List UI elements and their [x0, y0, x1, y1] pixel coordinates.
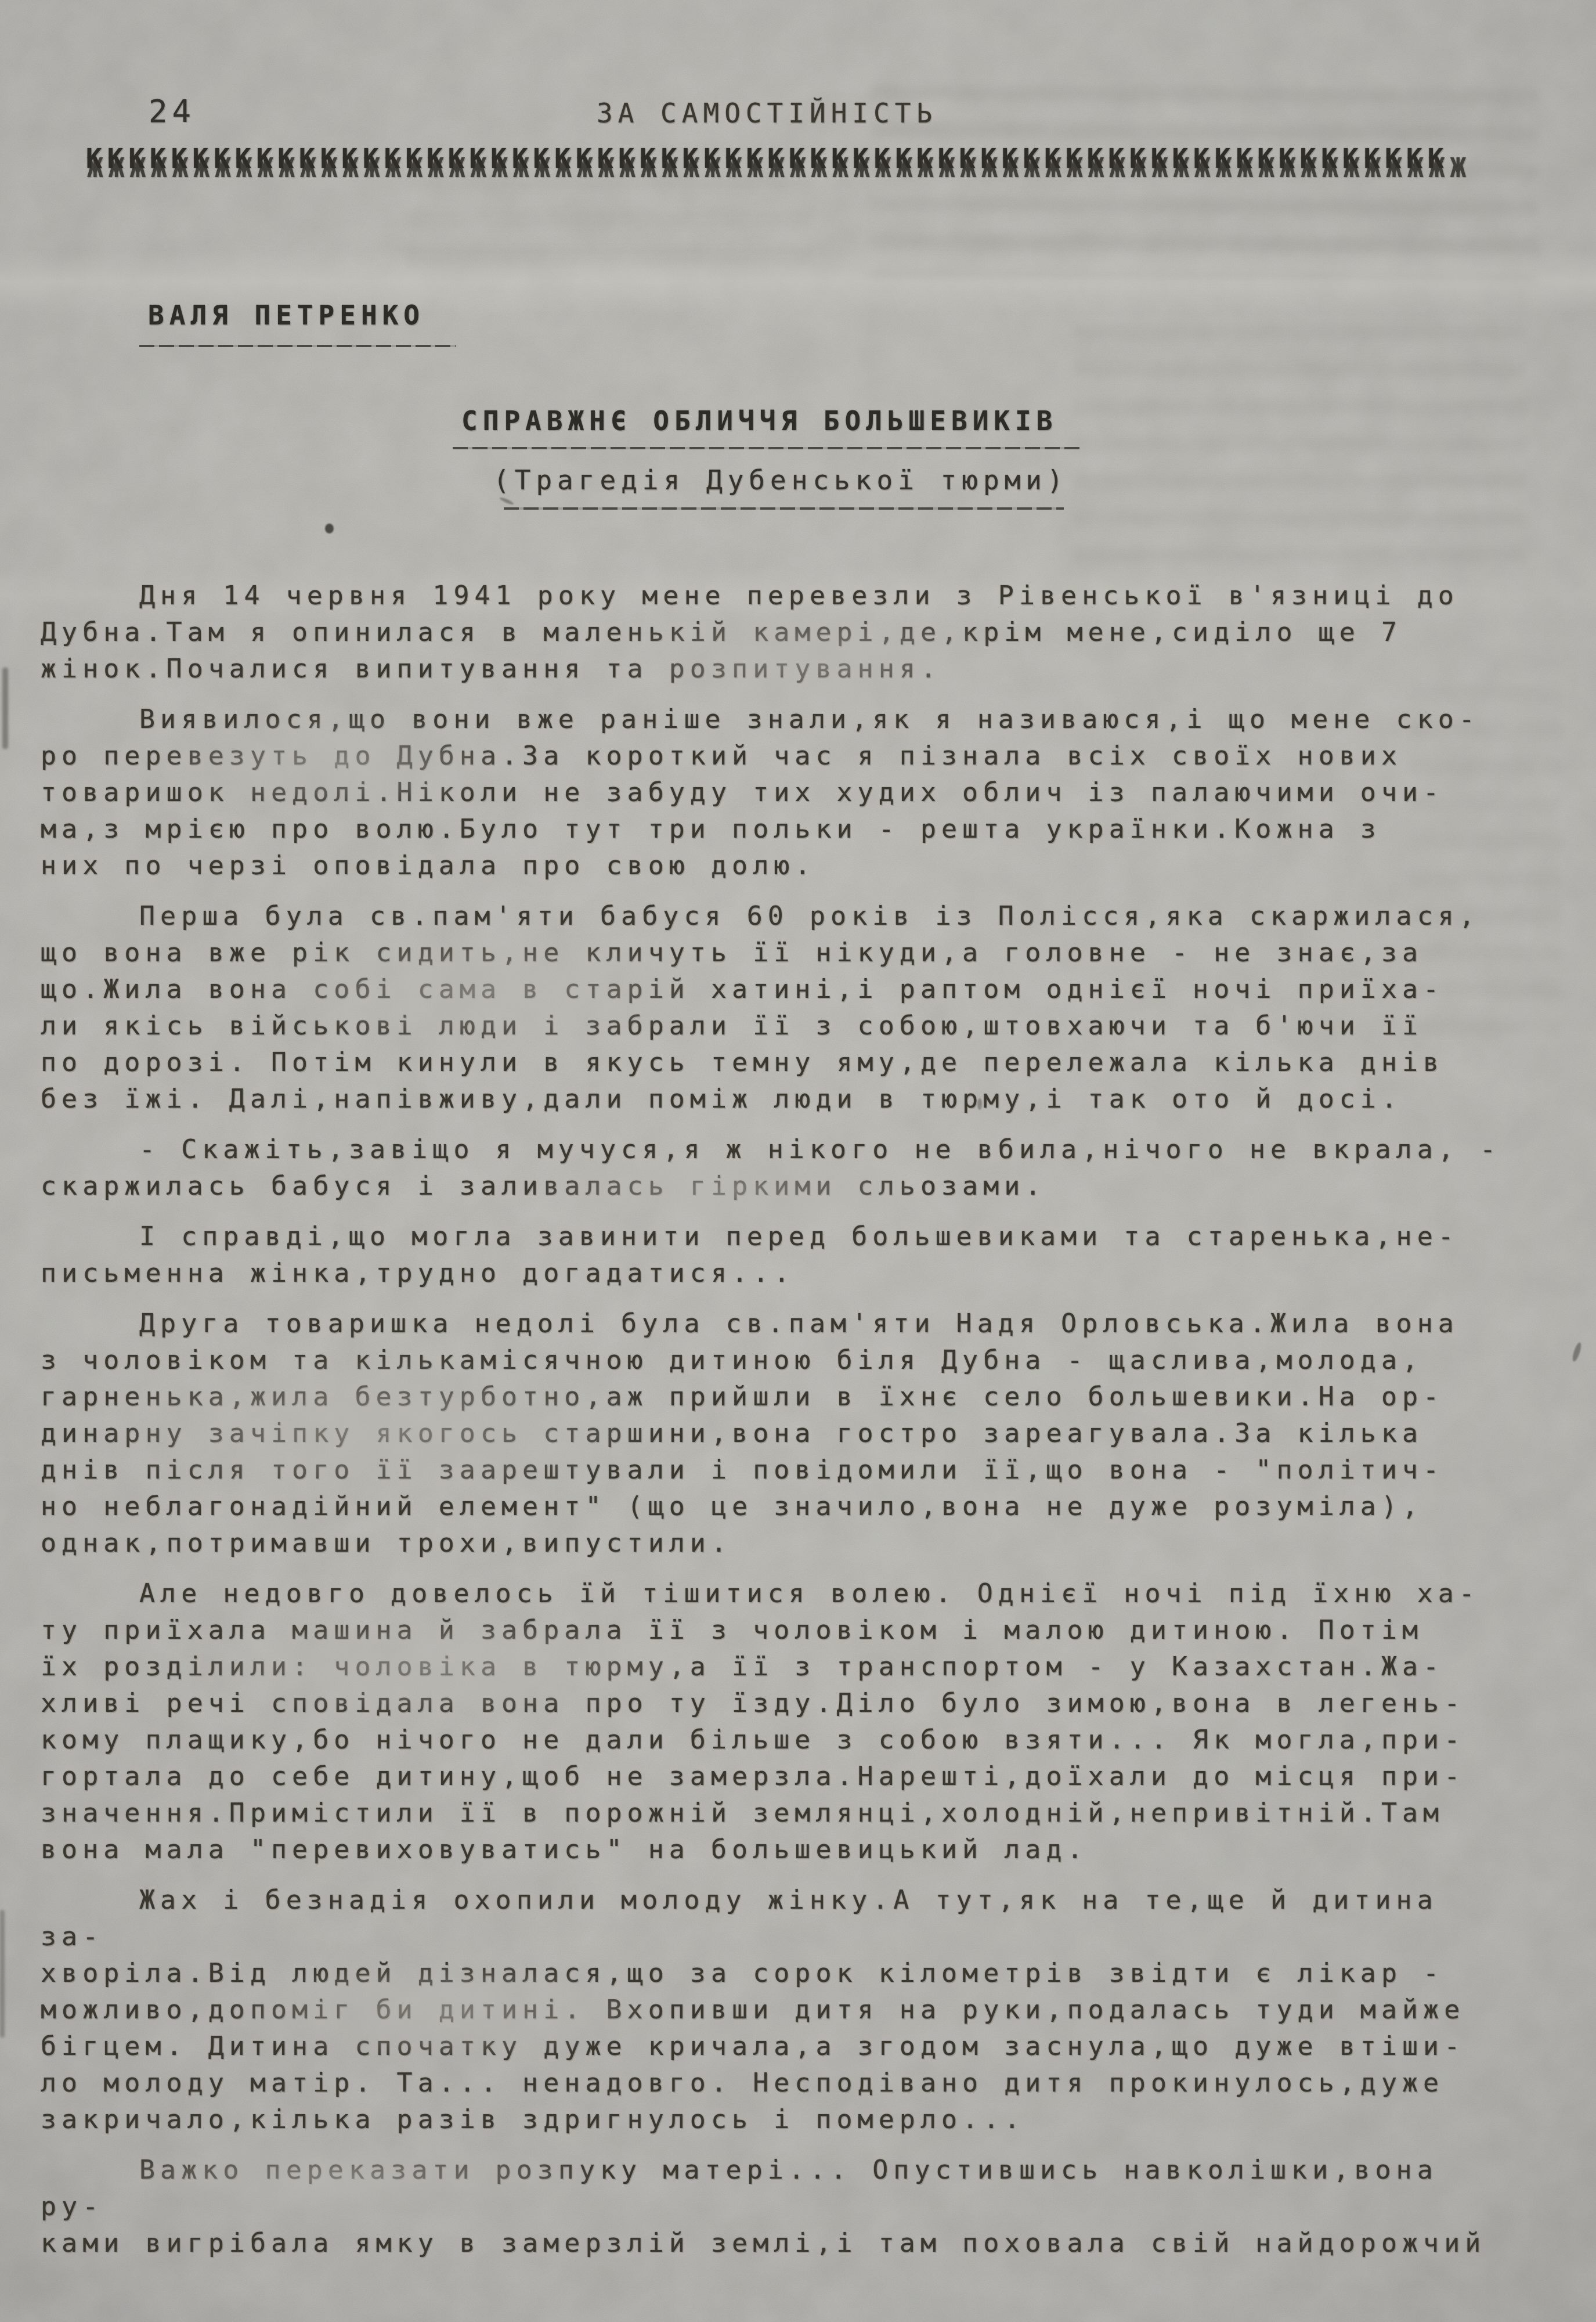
scan-edge-mark — [2, 668, 8, 749]
divider-row-overstrike: ЖЖЖЖЖЖЖЖЖЖЖЖЖЖЖЖЖЖЖЖЖЖЖЖЖЖЖЖЖЖЖЖЖЖЖЖЖЖЖЖ… — [87, 152, 1471, 183]
article-title: СПРАВЖНЄ ОБЛИЧЧЯ БОЛЬШЕВИКІВ — [461, 405, 1057, 437]
masthead-title: ЗА САМОСТІЙНІСТЬ — [597, 98, 937, 129]
article-subtitle-underline — [504, 507, 1064, 510]
page-number: 24 — [149, 93, 196, 129]
author-name: ВАЛЯ ПЕТРЕНКО — [148, 300, 425, 331]
ink-speck — [499, 496, 514, 506]
paragraph: - Скажіть,завіщо я мучуся,я ж нікого не … — [41, 1131, 1518, 1204]
article-title-underline — [453, 447, 1079, 449]
article-body: Дня 14 червня 1941 року мене перевезли з… — [41, 577, 1518, 2275]
paragraph: Друга товаришка недолі була св.пам'яти Н… — [41, 1305, 1518, 1561]
paragraph: Важко переказати розпуку матері... Опуст… — [41, 2151, 1518, 2261]
scan-edge-mark — [0, 1910, 5, 2038]
paragraph: Але недовго довелось їй тішитися волею. … — [41, 1575, 1518, 1867]
paragraph: Виявилося,що вони вже раніше знали,як я … — [41, 701, 1518, 884]
paragraph: Перша була св.пам'яти бабуся 60 років із… — [41, 897, 1518, 1117]
ink-speck — [1571, 1342, 1583, 1362]
scanned-document-page: 24 ЗА САМОСТІЙНІСТЬ КККККККККККККККККККК… — [0, 0, 1596, 2322]
ink-speck — [325, 524, 334, 533]
article-subtitle: (Трагедія Дубенської тюрми) — [493, 464, 1068, 496]
paragraph: Жах і безнадія охопили молоду жінку.А ту… — [41, 1881, 1518, 2137]
paragraph: Дня 14 червня 1941 року мене перевезли з… — [41, 577, 1518, 687]
bleed-through-ghost — [1074, 325, 1526, 575]
author-underline — [139, 345, 456, 347]
paragraph: І справді,що могла завинити перед больше… — [41, 1218, 1518, 1291]
